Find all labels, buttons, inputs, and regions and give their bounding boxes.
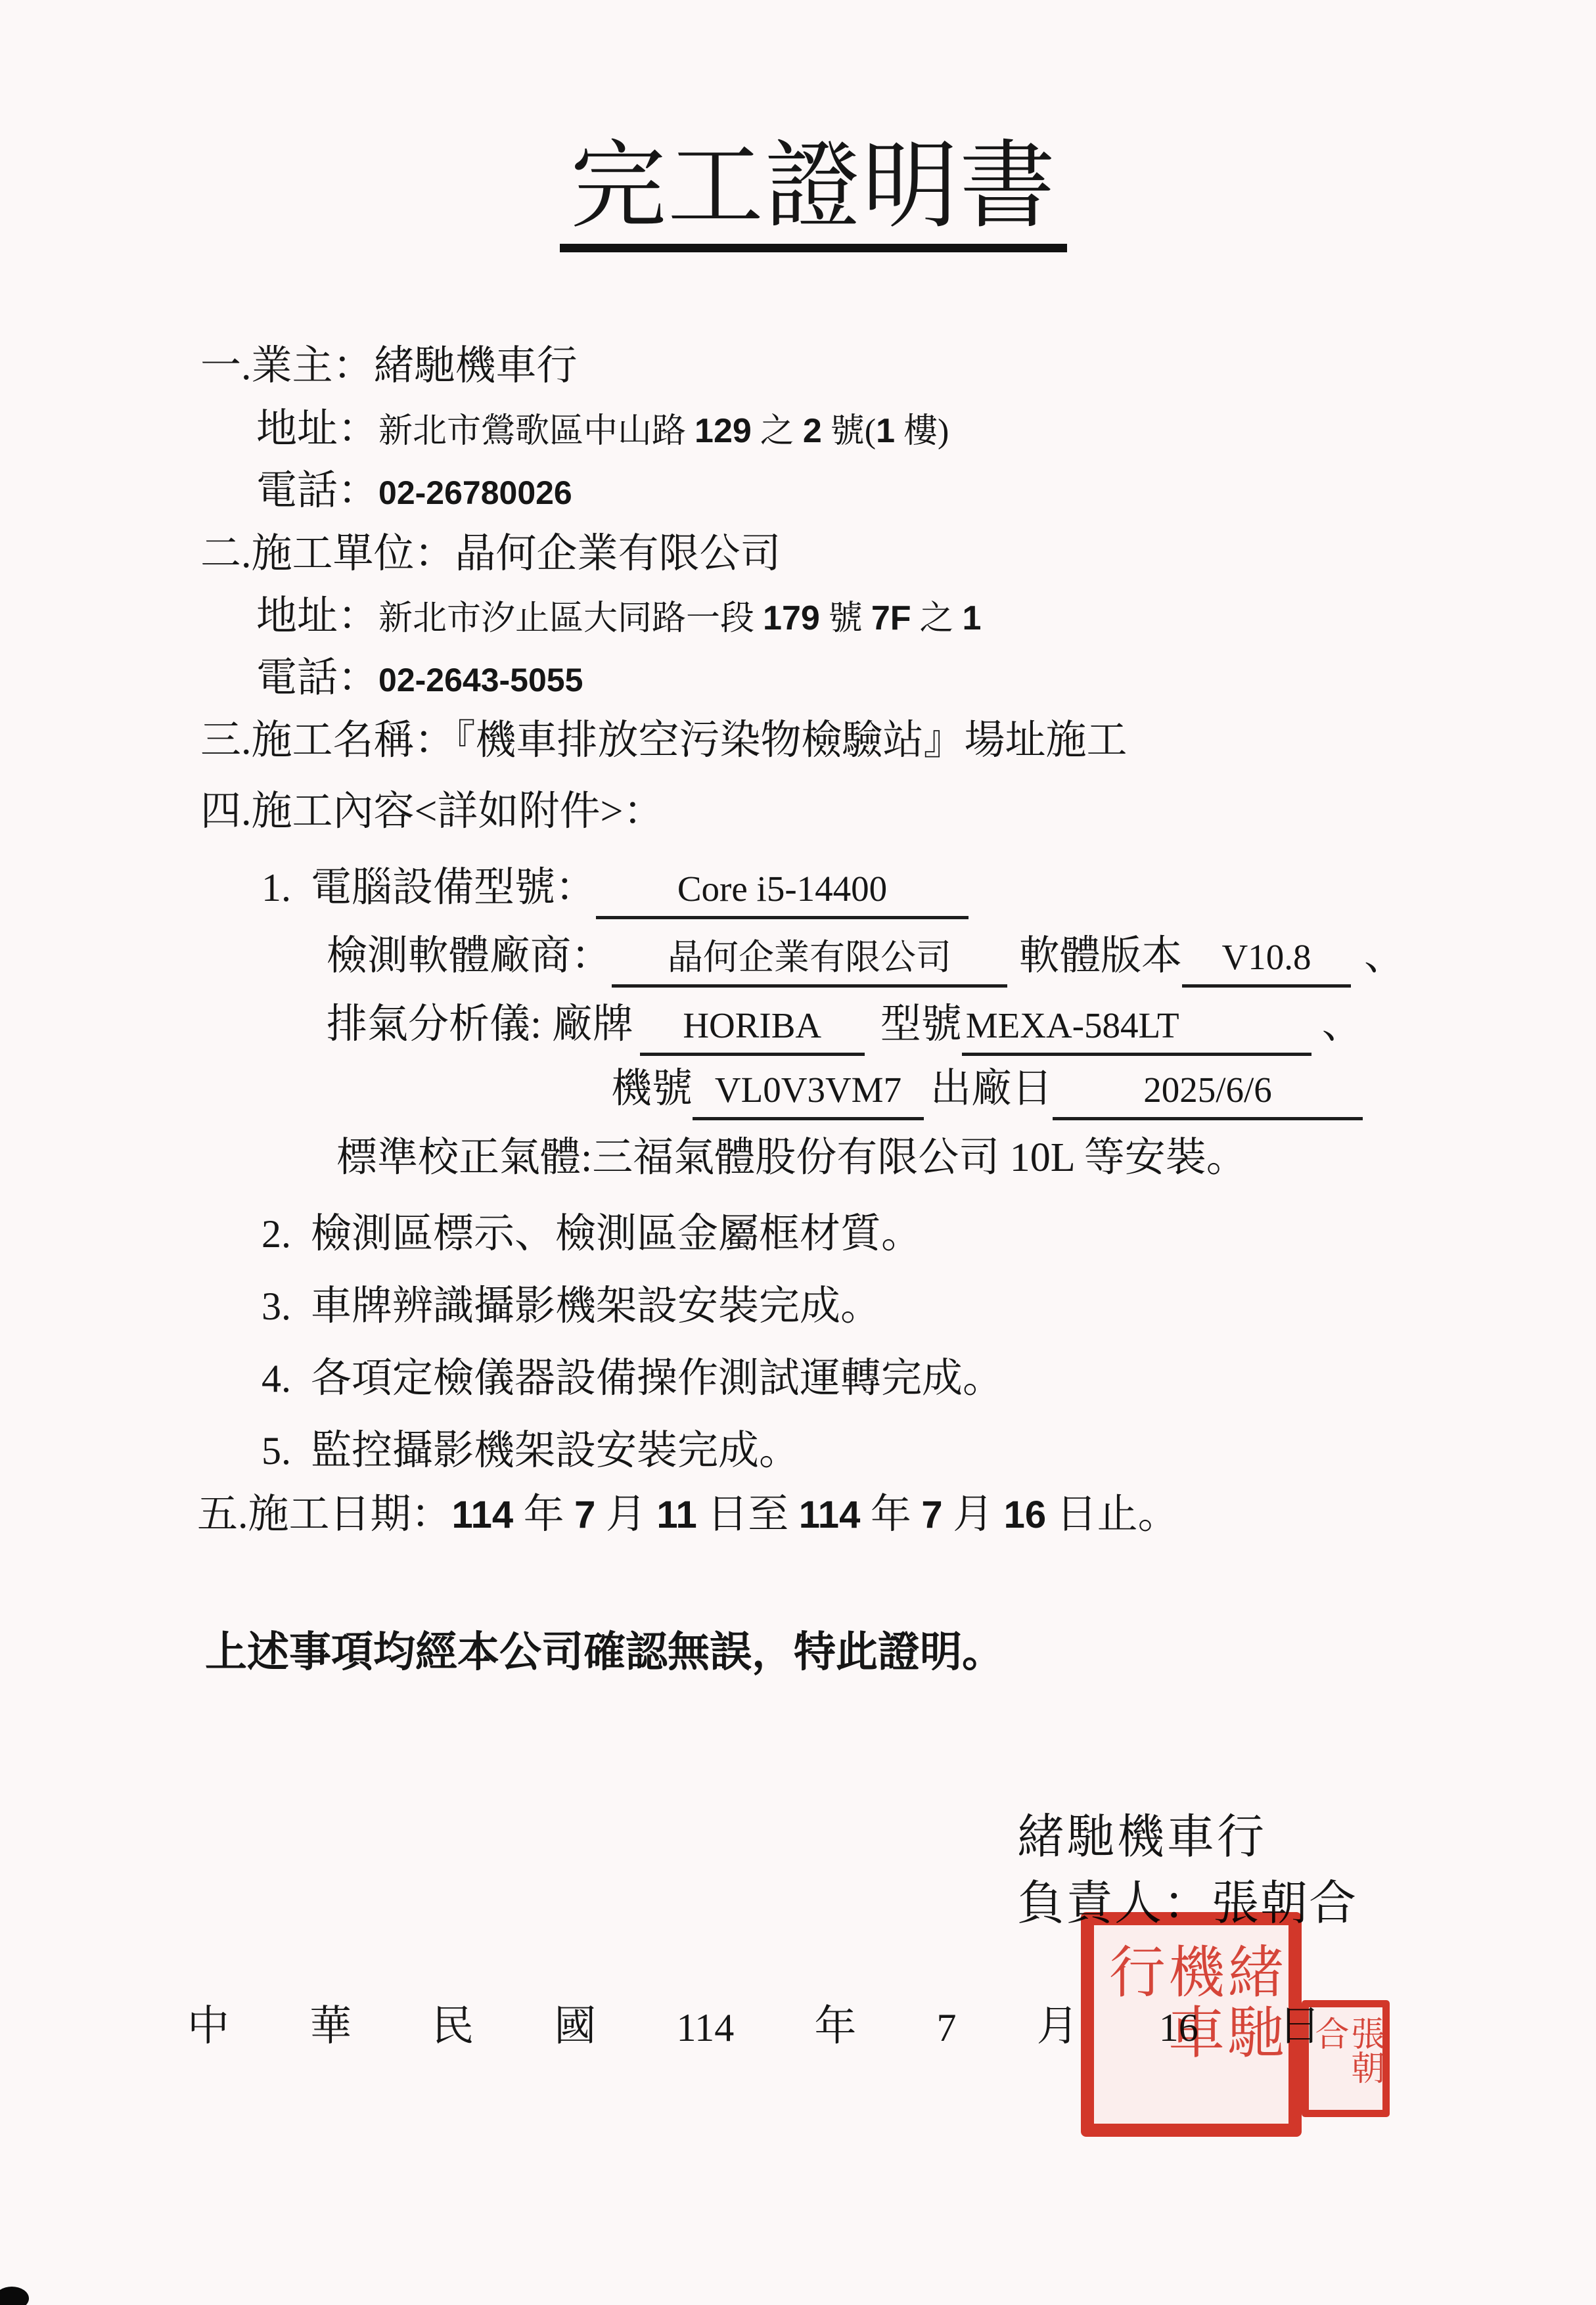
item1-label: 電腦設備型號：	[311, 865, 596, 910]
serial-blank: VL0V3VM7	[693, 1069, 924, 1120]
period-text: 日止。	[1046, 1492, 1179, 1537]
address-text: 樓)	[895, 413, 949, 450]
address-number: 1	[876, 412, 895, 450]
period-value: 16	[1004, 1494, 1047, 1536]
address-label: 地址：	[256, 594, 378, 639]
signature-company-line: 緒馳機車行	[1017, 1798, 1267, 1867]
item1-serial-line: 機號VL0V3VM7出廠日2025/6/6	[611, 1066, 1363, 1120]
item2-line: 2.檢測區標示、檢測區金屬框材質。	[262, 1211, 922, 1258]
address-number: 179	[763, 599, 820, 637]
project-name-line: 三.施工名稱：『機車排放空污染物檢驗站』場址施工	[200, 718, 1128, 764]
item-number: 1.	[262, 865, 291, 911]
phone-label: 電話：	[256, 468, 378, 513]
page-title: 完工證明書	[560, 137, 1067, 252]
owner-number: 一.	[200, 344, 252, 388]
analyzer-model-blank: MEXA-584LT	[962, 1005, 1311, 1056]
period-text: 月	[595, 1492, 656, 1537]
footer-date-char: 年	[814, 2005, 856, 2047]
footer-date-month: 7	[937, 2005, 957, 2047]
item2-text: 檢測區標示、檢測區金屬框材質。	[311, 1212, 922, 1256]
footer-date-char: 中	[187, 2005, 229, 2047]
computer-model-blank: Core i5-14400	[596, 868, 969, 919]
address-text: 號(	[822, 413, 876, 450]
footer-date-year: 114	[677, 2005, 735, 2047]
signature-company: 緒馳機車行	[1017, 1811, 1267, 1863]
contractor-address-line: 地址：新北市汐止區大同路一段 179 號 7F 之 1	[256, 593, 981, 640]
period-text: 年	[513, 1492, 574, 1537]
owner-address-line: 地址：新北市鶯歌區中山路 129 之 2 號(1 樓)	[256, 406, 949, 453]
address-text: 之	[752, 413, 803, 450]
item-number: 2.	[262, 1212, 291, 1257]
analyzer-model-label: 型號	[880, 1002, 962, 1047]
period-value: 7	[574, 1494, 595, 1536]
item5-text: 監控攝影機架設安裝完成。	[311, 1428, 800, 1473]
contractor-number: 二.	[200, 532, 252, 576]
project-label: 施工名稱：	[252, 718, 455, 763]
analyzer-brand-label: 排氣分析儀: 廠牌	[327, 1002, 633, 1047]
period-value: 7	[921, 1494, 942, 1536]
contractor-line: 二.施工單位：晶何企業有限公司	[200, 531, 781, 578]
analyzer-brand-blank: HORIBA	[640, 1005, 865, 1056]
period-value: 114	[452, 1494, 514, 1536]
period-value: 114	[799, 1494, 861, 1536]
address-text: 新北市鶯歌區中山路	[378, 413, 695, 450]
address-text: 號	[820, 600, 871, 637]
address-text: 之	[911, 600, 963, 637]
content-label: 施工內容<詳如附件>：	[252, 789, 664, 834]
company-seal-text: 緒馳機車行	[1103, 1942, 1281, 2107]
footer-date-char: 國	[554, 2005, 596, 2047]
personal-seal: 張朝合	[1302, 2000, 1390, 2117]
address-number: 1	[963, 599, 982, 637]
period-number: 五.	[197, 1492, 248, 1537]
serial-label: 機號	[611, 1066, 693, 1111]
item3-line: 3.車牌辨識攝影機架設安裝完成。	[262, 1283, 881, 1330]
phone-number: 02-2643-5055	[378, 662, 583, 698]
period-text: 年	[860, 1492, 921, 1537]
enumeration-comma: 、	[1364, 934, 1405, 978]
period-text: 日至	[697, 1492, 799, 1537]
owner-value: 緒馳機車行	[374, 344, 578, 388]
factory-date-label: 出廠日	[930, 1066, 1053, 1111]
footer-date-char: 月	[1037, 2005, 1079, 2047]
enumeration-comma: 、	[1322, 1002, 1363, 1047]
software-version-label: 軟體版本	[1019, 934, 1182, 978]
phone-label: 電話：	[256, 656, 378, 700]
confirmation-text: 上述事項均經本公司確認無誤，特此證明。	[205, 1629, 1004, 1676]
personal-seal-text: 張朝合	[1310, 2016, 1381, 2101]
item3-text: 車牌辨識攝影機架設安裝完成。	[311, 1284, 881, 1329]
owner-line: 一.業主：緒馳機車行	[200, 343, 578, 390]
owner-phone-line: 電話：02-26780026	[256, 468, 572, 514]
certificate-page: 完工證明書 一.業主：緒馳機車行 地址：新北市鶯歌區中山路 129 之 2 號(…	[0, 0, 1596, 2305]
period-value: 11	[656, 1494, 696, 1536]
owner-label: 業主：	[252, 344, 374, 388]
item1-gas-line: 標準校正氣體:三福氣體股份有限公司 10L 等安裝。	[336, 1135, 1247, 1181]
period-label: 施工日期：	[248, 1492, 452, 1537]
software-vendor-label: 檢測軟體廠商：	[327, 934, 612, 978]
project-number: 三.	[200, 718, 252, 763]
item5-line: 5.監控攝影機架設安裝完成。	[262, 1428, 800, 1474]
item1-software-line: 檢測軟體廠商：晶何企業有限公司軟體版本V10.8、	[327, 933, 1405, 988]
item1-line: 1.電腦設備型號：Core i5-14400	[262, 865, 969, 919]
company-seal: 緒馳機車行	[1081, 1912, 1302, 2137]
address-number: 2	[803, 412, 822, 450]
item-number: 3.	[262, 1284, 291, 1329]
item1-analyzer-line: 排氣分析儀: 廠牌HORIBA型號MEXA-584LT、	[327, 1001, 1363, 1056]
contractor-value: 晶何企業有限公司	[455, 532, 781, 576]
software-vendor-blank: 晶何企業有限公司	[612, 937, 1007, 988]
item-number: 4.	[262, 1356, 291, 1402]
factory-date-blank: 2025/6/6	[1053, 1069, 1363, 1120]
address-number: 129	[695, 412, 752, 450]
footer-date-char: 民	[432, 2005, 474, 2047]
confirmation-line: 上述事項均經本公司確認無誤，特此證明。	[205, 1628, 1004, 1677]
address-text: 新北市汐止區大同路一段	[378, 600, 763, 637]
project-value: 『機車排放空污染物檢驗站』場址施工	[455, 718, 1128, 763]
content-number: 四.	[200, 789, 252, 834]
software-version-blank: V10.8	[1182, 936, 1351, 988]
item-number: 5.	[262, 1428, 291, 1474]
item4-text: 各項定檢儀器設備操作測試運轉完成。	[311, 1356, 1003, 1401]
period-text: 月	[943, 1492, 1004, 1537]
item4-line: 4.各項定檢儀器設備操作測試運轉完成。	[262, 1356, 1003, 1402]
contractor-label: 施工單位：	[252, 532, 455, 576]
calibration-gas-text: 標準校正氣體:三福氣體股份有限公司 10L 等安裝。	[336, 1135, 1247, 1180]
footer-date-char: 華	[309, 2005, 352, 2047]
address-label: 地址：	[256, 407, 378, 451]
address-number: 7F	[871, 599, 911, 637]
phone-number: 02-26780026	[378, 474, 572, 511]
content-header-line: 四.施工內容<詳如附件>：	[200, 788, 664, 835]
contractor-phone-line: 電話：02-2643-5055	[256, 655, 583, 702]
period-line: 五.施工日期：114 年 7 月 11 日至 114 年 7 月 16 日止。	[197, 1492, 1179, 1538]
scan-artifact-dot	[0, 2287, 29, 2305]
